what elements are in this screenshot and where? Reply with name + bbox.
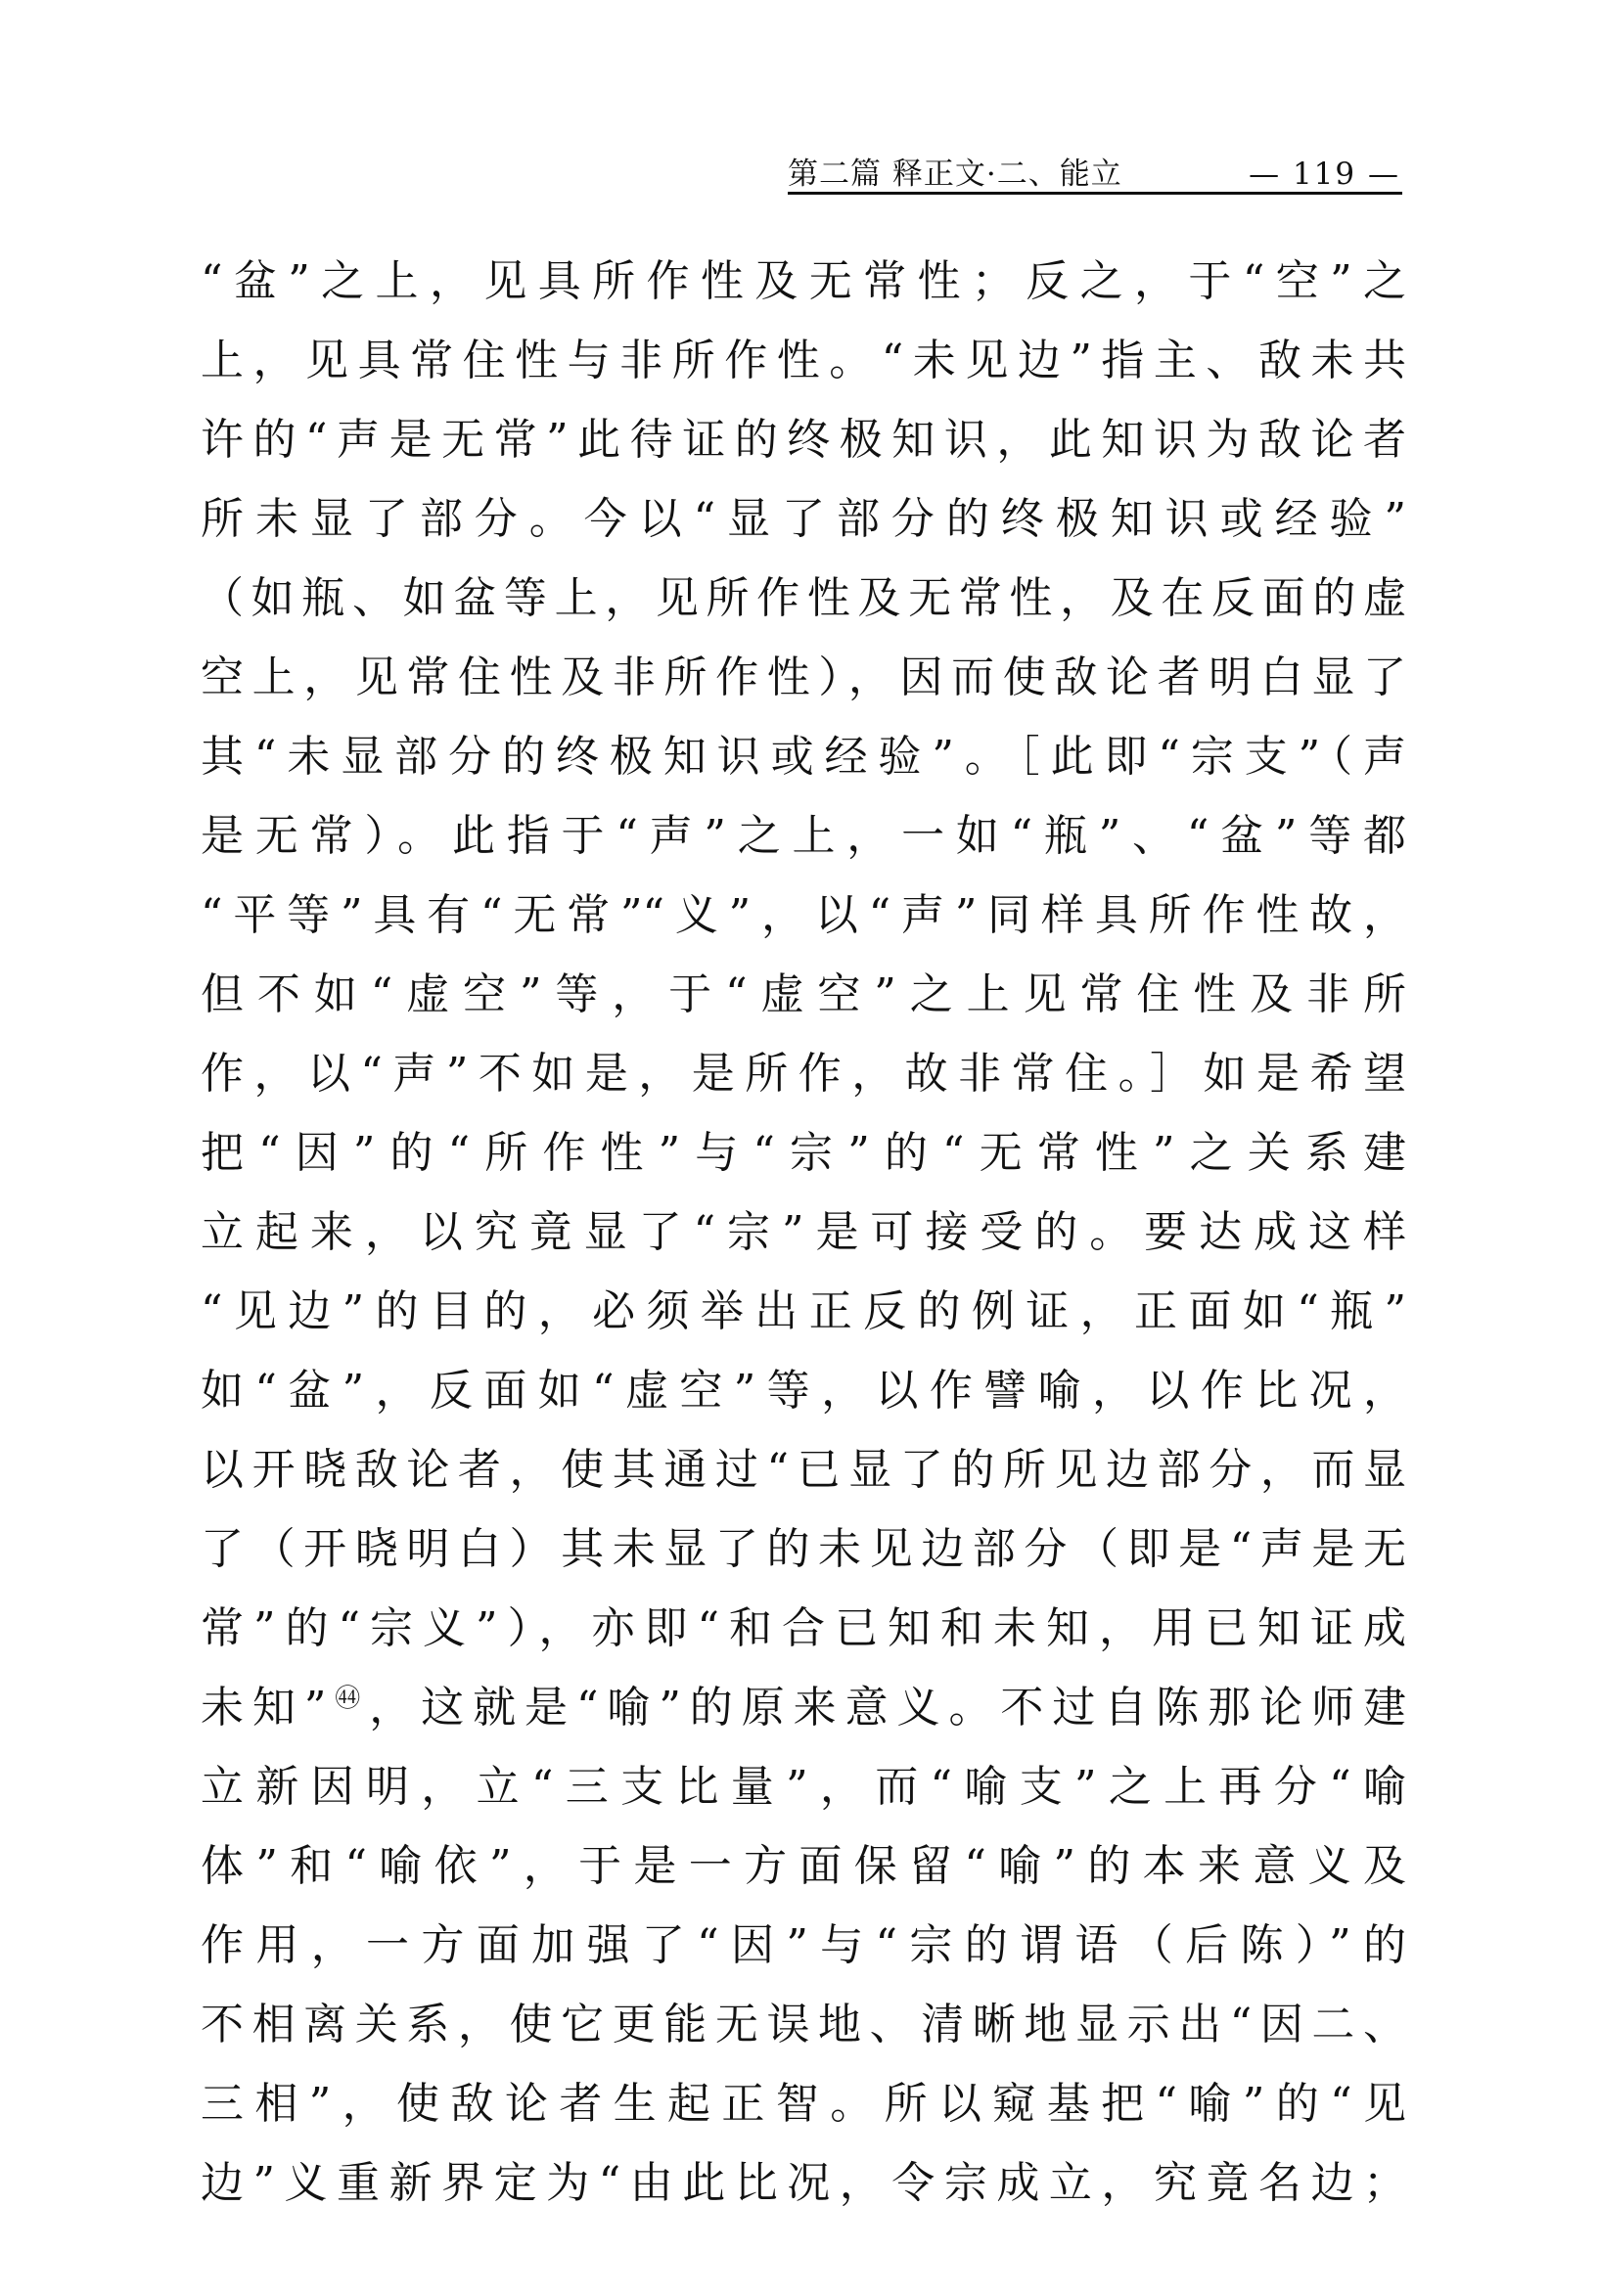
text-line: （如瓶、如盆等上，见所作性及无常性，及在反面的虚 bbox=[201, 573, 1406, 653]
text-line: 不相离关系，使它更能无误地、清晰地显示出“因二、 bbox=[201, 2000, 1406, 2079]
text-line: “平等”具有“无常”“义”，以“声”同样具所作性故， bbox=[201, 890, 1406, 969]
text-line: 边”义重新界定为“由此比况，令宗成立，究竟名边； bbox=[201, 2158, 1406, 2237]
text-line: 如“盆”，反面如“虚空”等，以作譬喻，以作比况， bbox=[201, 1366, 1406, 1445]
text-line: 作用，一方面加强了“因”与“宗的谓语（后陈）”的 bbox=[201, 1920, 1406, 2000]
text-line: 作，以“声”不如是，是所作，故非常住。］如是希望 bbox=[201, 1049, 1406, 1128]
text-line: 许的“声是无常”此待证的终极知识，此知识为敌论者 bbox=[201, 415, 1406, 494]
running-head: 第二篇 释正文·二、能立 — 119 — bbox=[788, 155, 1402, 195]
running-head-title: 第二篇 释正文·二、能立 bbox=[788, 157, 1122, 192]
page-number: — 119 — bbox=[1249, 157, 1402, 192]
text-line: 体”和“喻依”，于是一方面保留“喻”的本来意义及 bbox=[201, 1841, 1406, 1920]
text-line: 其“未显部分的终极知识或经验”。［此即“宗支”（声 bbox=[201, 732, 1406, 811]
text-line: 是无常）。此指于“声”之上，一如“瓶”、“盆”等都 bbox=[201, 811, 1406, 890]
text-line-with-footnote: 未知”㊹，这就是“喻”的原来意义。不过自陈那论师建 bbox=[201, 1683, 1406, 1762]
text-line: 把“因”的“所作性”与“宗”的“无常性”之关系建 bbox=[201, 1128, 1406, 1207]
text-segment: ，这就是“喻”的原来意义。不过自陈那论师建 bbox=[369, 1683, 1406, 1733]
text-line: 常”的“宗义”），亦即“和合已知和未知，用已知证成 bbox=[201, 1603, 1406, 1683]
text-line: 了（开晓明白）其未显了的未见边部分（即是“声是无 bbox=[201, 1524, 1406, 1603]
text-line: 立新因明，立“三支比量”，而“喻支”之上再分“喻 bbox=[201, 1762, 1406, 1841]
text-line: 但不如“虚空”等，于“虚空”之上见常住性及非所 bbox=[201, 969, 1406, 1049]
footnote-marker[interactable]: ㊹ bbox=[326, 1684, 369, 1713]
text-line: 上，见具常住性与非所作性。“未见边”指主、敌未共 bbox=[201, 336, 1406, 415]
text-line: “见边”的目的，必须举出正反的例证，正面如“瓶” bbox=[201, 1286, 1406, 1366]
text-line: 三相”，使敌论者生起正智。所以窥基把“喻”的“见 bbox=[201, 2079, 1406, 2158]
text-line: 以开晓敌论者，使其通过“已显了的所见边部分，而显 bbox=[201, 1445, 1406, 1524]
body-text: “盆”之上，见具所作性及无常性；反之，于“空”之 上，见具常住性与非所作性。“未… bbox=[201, 256, 1406, 2237]
text-segment: 未知” bbox=[201, 1683, 326, 1733]
text-line: 空上，见常住性及非所作性），因而使敌论者明白显了 bbox=[201, 653, 1406, 732]
text-line: 所未显了部分。今以“显了部分的终极知识或经验” bbox=[201, 494, 1406, 573]
text-line: “盆”之上，见具所作性及无常性；反之，于“空”之 bbox=[201, 256, 1406, 336]
text-line: 立起来，以究竟显了“宗”是可接受的。要达成这样 bbox=[201, 1207, 1406, 1286]
